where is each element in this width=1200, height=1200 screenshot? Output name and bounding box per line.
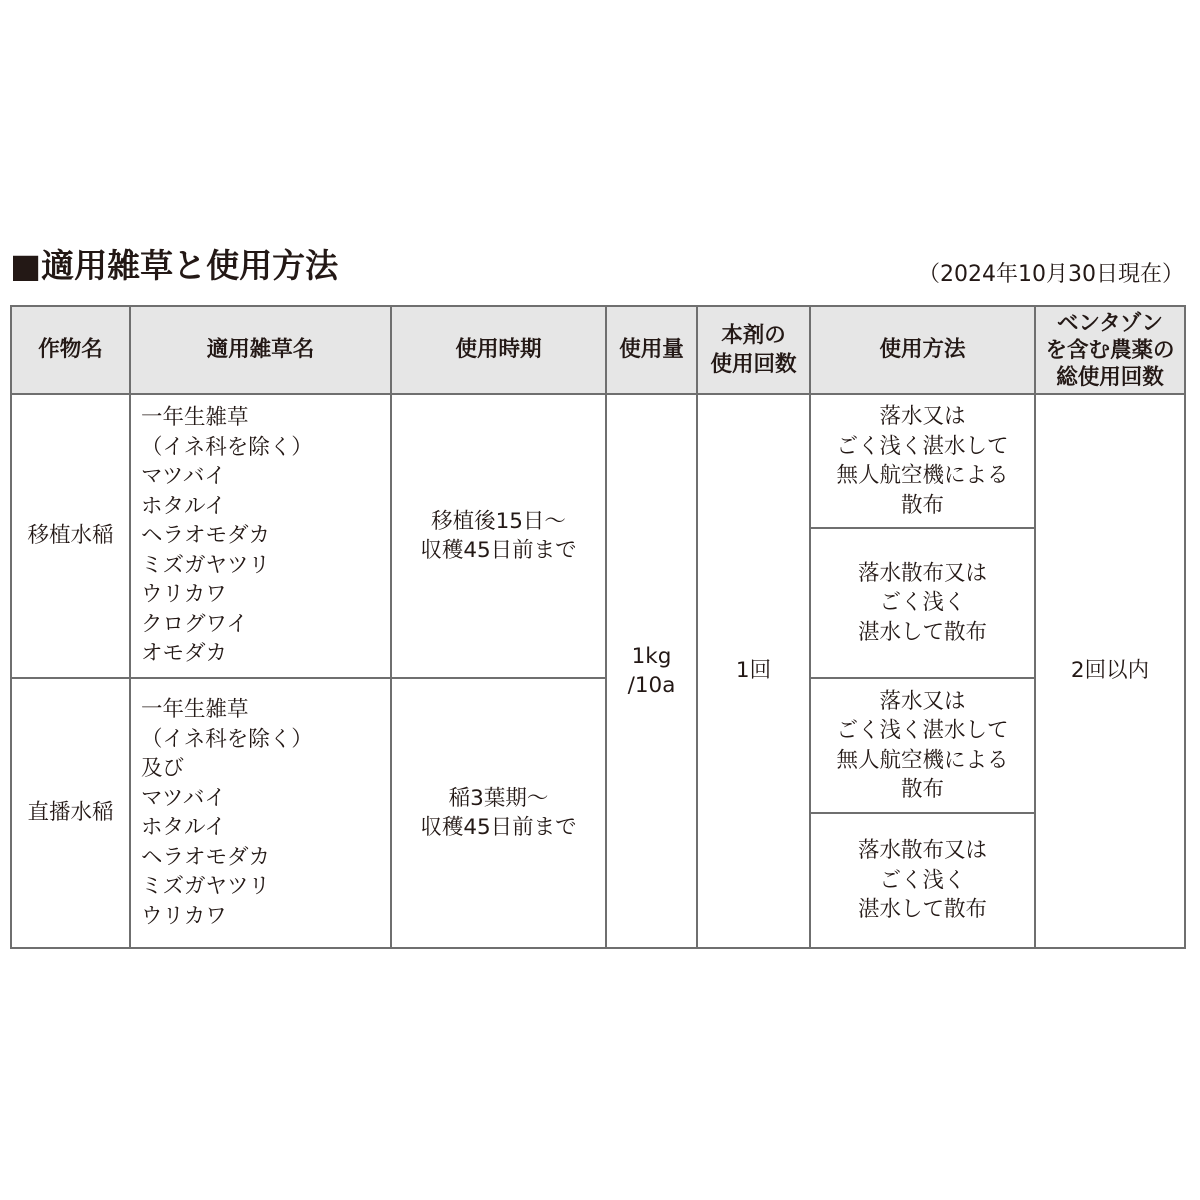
method-cell: 落水又はごく浅く湛水して 無人航空機による散布 (810, 394, 1035, 528)
as-of-date: （2024年10月30日現在） (918, 260, 1184, 290)
weeds-cell: 一年生雑草（イネ科を除く） 及びマツバイ ホタルイヘラオモダカ ミズガヤツリウリ… (130, 678, 391, 948)
header-row: 作物名 適用雑草名 使用時期 使用量 本剤の使用回数 使用方法 ベンタゾンを含む… (11, 306, 1185, 394)
crop-cell: 直播水稲 (11, 678, 130, 948)
timing-cell: 稲3葉期～収穫45日前まで (391, 678, 606, 948)
method-cell: 落水散布又はごく浅く 湛水して散布 (810, 528, 1035, 678)
header-crop: 作物名 (11, 306, 130, 394)
dosage-cell: 1kg/10a (606, 394, 697, 948)
method-cell: 落水又はごく浅く湛水して 無人航空機による散布 (810, 678, 1035, 813)
uses-cell: 1回 (697, 394, 810, 948)
timing-cell: 移植後15日～収穫45日前まで (391, 394, 606, 678)
table-row: 直播水稲 一年生雑草（イネ科を除く） 及びマツバイ ホタルイヘラオモダカ ミズガ… (11, 678, 1185, 813)
header-uses: 本剤の使用回数 (697, 306, 810, 394)
usage-table: 作物名 適用雑草名 使用時期 使用量 本剤の使用回数 使用方法 ベンタゾンを含む… (10, 305, 1186, 949)
header-method: 使用方法 (810, 306, 1035, 394)
method-cell: 落水散布又はごく浅く 湛水して散布 (810, 813, 1035, 948)
header-timing: 使用時期 (391, 306, 606, 394)
header-total-uses: ベンタゾンを含む農薬の総使用回数 (1035, 306, 1185, 394)
crop-cell: 移植水稲 (11, 394, 130, 678)
table-row: 移植水稲 一年生雑草（イネ科を除く） マツバイホタルイ ヘラオモダカミズガヤツリ… (11, 394, 1185, 528)
total-uses-cell: 2回以内 (1035, 394, 1185, 948)
weeds-cell: 一年生雑草（イネ科を除く） マツバイホタルイ ヘラオモダカミズガヤツリ ウリカワ… (130, 394, 391, 678)
header-dosage: 使用量 (606, 306, 697, 394)
header-weeds: 適用雑草名 (130, 306, 391, 394)
section-title: ■適用雑草と使用方法 (10, 246, 338, 286)
